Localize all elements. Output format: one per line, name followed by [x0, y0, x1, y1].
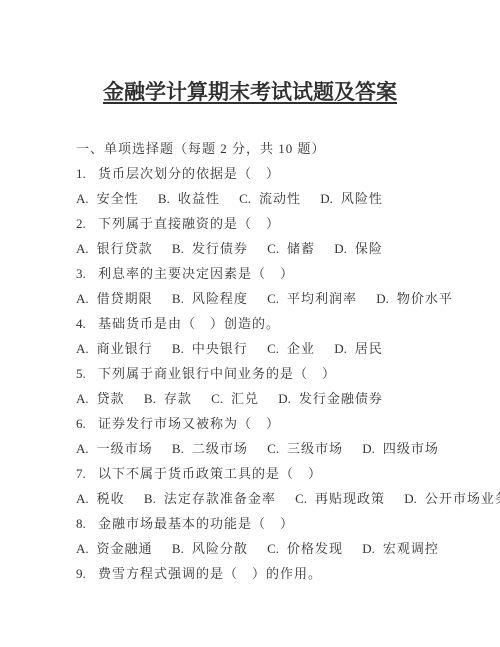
option-b: B.收益性 [158, 186, 220, 211]
option-text: 法定存款准备金率 [164, 491, 276, 506]
option-d: D.物价水平 [376, 286, 453, 311]
option-text: 税收 [97, 491, 125, 506]
option-d: D.公开市场业务 [404, 486, 500, 511]
options-2: A.银行贷款 B.发行债券 C.储蓄 D.保险 [76, 236, 480, 261]
option-label: B. [144, 486, 156, 511]
option-text: 安全性 [97, 191, 139, 206]
option-b: B.中央银行 [172, 336, 248, 361]
option-label: C. [239, 186, 251, 211]
option-label: A. [76, 286, 89, 311]
option-text: 发行债券 [192, 241, 248, 256]
option-text: 中央银行 [192, 341, 248, 356]
option-label: C. [267, 286, 279, 311]
options-6: A.一级市场 B.二级市场 C.三级市场 D.四级市场 [76, 436, 480, 461]
option-d: D.保险 [334, 236, 383, 261]
option-d: D.发行金融债券 [278, 386, 383, 411]
question-text: 货币层次划分的依据是（ ） [98, 166, 280, 181]
option-text: 发行金融债券 [299, 391, 383, 406]
option-text: 存款 [164, 391, 192, 406]
question-text: 利息率的主要决定因素是（ ） [98, 266, 294, 281]
option-b: B.二级市场 [172, 436, 248, 461]
options-7: A.税收 B.法定存款准备金率 C.再贴现政策 D.公开市场业务 [76, 486, 480, 511]
option-text: 再贴现政策 [315, 491, 385, 506]
option-d: D.居民 [334, 336, 383, 361]
option-a: A.借贷期限 [76, 286, 153, 311]
question-7: 7. 以下不属于货币政策工具的是（ ） [76, 461, 480, 486]
question-4: 4. 基础货币是由（ ）创造的。 [76, 311, 480, 336]
option-label: D. [278, 386, 291, 411]
option-label: B. [144, 386, 156, 411]
option-text: 储蓄 [287, 241, 315, 256]
option-label: C. [267, 436, 279, 461]
question-number: 7. [76, 461, 86, 486]
options-3: A.借贷期限 B.风险程度 C.平均利润率 D.物价水平 [76, 286, 480, 311]
option-text: 商业银行 [97, 341, 153, 356]
question-number: 6. [76, 411, 86, 436]
option-label: D. [334, 336, 347, 361]
option-text: 公开市场业务 [425, 491, 500, 506]
options-5: A.贷款 B.存款 C.汇兑 D.发行金融债券 [76, 386, 480, 411]
question-number: 1. [76, 161, 86, 186]
option-c: C.企业 [267, 336, 315, 361]
option-d: D.四级市场 [362, 436, 439, 461]
question-number: 2. [76, 211, 86, 236]
question-number: 9. [76, 561, 86, 586]
option-label: B. [172, 436, 184, 461]
option-label: B. [158, 186, 170, 211]
option-text: 一级市场 [97, 441, 153, 456]
option-label: C. [295, 486, 307, 511]
document-page: 金融学计算期末考试试题及答案 一、单项选择题（每题 2 分，共 10 题） 1.… [0, 0, 500, 647]
option-label: D. [362, 436, 375, 461]
option-label: C. [267, 336, 279, 361]
option-text: 二级市场 [192, 441, 248, 456]
question-text: 下列属于商业银行中间业务的是（ ） [98, 366, 336, 381]
option-a: A.商业银行 [76, 336, 153, 361]
question-2: 2. 下列属于直接融资的是（ ） [76, 211, 480, 236]
option-label: B. [172, 286, 184, 311]
option-text: 流动性 [259, 191, 301, 206]
option-b: B.风险程度 [172, 286, 248, 311]
option-text: 三级市场 [287, 441, 343, 456]
question-number: 5. [76, 361, 86, 386]
option-label: A. [76, 236, 89, 261]
option-d: D.风险性 [320, 186, 383, 211]
option-label: C. [267, 536, 279, 561]
option-a: A.一级市场 [76, 436, 153, 461]
question-text: 下列属于直接融资的是（ ） [98, 216, 280, 231]
option-text: 价格发现 [287, 541, 343, 556]
option-text: 资金融通 [97, 541, 153, 556]
option-a: A.资金融通 [76, 536, 153, 561]
option-label: A. [76, 186, 89, 211]
question-6: 6. 证券发行市场又被称为（ ） [76, 411, 480, 436]
option-label: C. [267, 236, 279, 261]
options-1: A.安全性 B.收益性 C.流动性 D.风险性 [76, 186, 480, 211]
question-text: 金融市场最基本的功能是（ ） [98, 516, 294, 531]
question-3: 3. 利息率的主要决定因素是（ ） [76, 261, 480, 286]
option-c: C.再贴现政策 [295, 486, 385, 511]
option-text: 风险分散 [192, 541, 248, 556]
option-a: A.银行贷款 [76, 236, 153, 261]
exam-content: 一、单项选择题（每题 2 分，共 10 题） 1. 货币层次划分的依据是（ ） … [0, 136, 500, 586]
option-text: 银行贷款 [97, 241, 153, 256]
option-label: D. [320, 186, 333, 211]
question-9: 9. 费雪方程式强调的是（ ）的作用。 [76, 561, 480, 586]
option-text: 贷款 [97, 391, 125, 406]
option-label: B. [172, 236, 184, 261]
option-a: A.贷款 [76, 386, 125, 411]
question-number: 8. [76, 511, 86, 536]
option-label: A. [76, 386, 89, 411]
option-c: C.平均利润率 [267, 286, 357, 311]
option-a: A.税收 [76, 486, 125, 511]
question-text: 证券发行市场又被称为（ ） [98, 416, 280, 431]
option-text: 收益性 [178, 191, 220, 206]
option-text: 居民 [355, 341, 383, 356]
question-number: 3. [76, 261, 86, 286]
option-b: B.法定存款准备金率 [144, 486, 276, 511]
option-label: D. [404, 486, 417, 511]
option-label: C. [211, 386, 223, 411]
option-label: A. [76, 436, 89, 461]
question-number: 4. [76, 311, 86, 336]
option-label: D. [334, 236, 347, 261]
option-c: C.流动性 [239, 186, 301, 211]
option-text: 保险 [355, 241, 383, 256]
page-title: 金融学计算期末考试试题及答案 [0, 76, 500, 106]
options-8: A.资金融通 B.风险分散 C.价格发现 D.宏观调控 [76, 536, 480, 561]
option-c: C.汇兑 [211, 386, 259, 411]
options-4: A.商业银行 B.中央银行 C.企业 D.居民 [76, 336, 480, 361]
question-text: 费雪方程式强调的是（ ）的作用。 [98, 566, 322, 581]
option-text: 宏观调控 [383, 541, 439, 556]
option-d: D.宏观调控 [362, 536, 439, 561]
option-label: A. [76, 536, 89, 561]
option-text: 四级市场 [383, 441, 439, 456]
option-a: A.安全性 [76, 186, 139, 211]
option-text: 风险程度 [192, 291, 248, 306]
option-label: A. [76, 486, 89, 511]
option-text: 借贷期限 [97, 291, 153, 306]
question-1: 1. 货币层次划分的依据是（ ） [76, 161, 480, 186]
section-heading: 一、单项选择题（每题 2 分，共 10 题） [76, 136, 480, 161]
question-8: 8. 金融市场最基本的功能是（ ） [76, 511, 480, 536]
option-b: B.风险分散 [172, 536, 248, 561]
option-c: C.价格发现 [267, 536, 343, 561]
option-text: 企业 [287, 341, 315, 356]
question-5: 5. 下列属于商业银行中间业务的是（ ） [76, 361, 480, 386]
option-text: 物价水平 [397, 291, 453, 306]
option-label: D. [376, 286, 389, 311]
option-c: C.三级市场 [267, 436, 343, 461]
option-b: B.发行债券 [172, 236, 248, 261]
option-text: 平均利润率 [287, 291, 357, 306]
option-text: 汇兑 [231, 391, 259, 406]
option-c: C.储蓄 [267, 236, 315, 261]
option-b: B.存款 [144, 386, 192, 411]
option-label: B. [172, 336, 184, 361]
option-label: A. [76, 336, 89, 361]
question-text: 基础货币是由（ ）创造的。 [98, 316, 280, 331]
question-text: 以下不属于货币政策工具的是（ ） [98, 466, 322, 481]
option-label: B. [172, 536, 184, 561]
option-label: D. [362, 536, 375, 561]
option-text: 风险性 [341, 191, 383, 206]
